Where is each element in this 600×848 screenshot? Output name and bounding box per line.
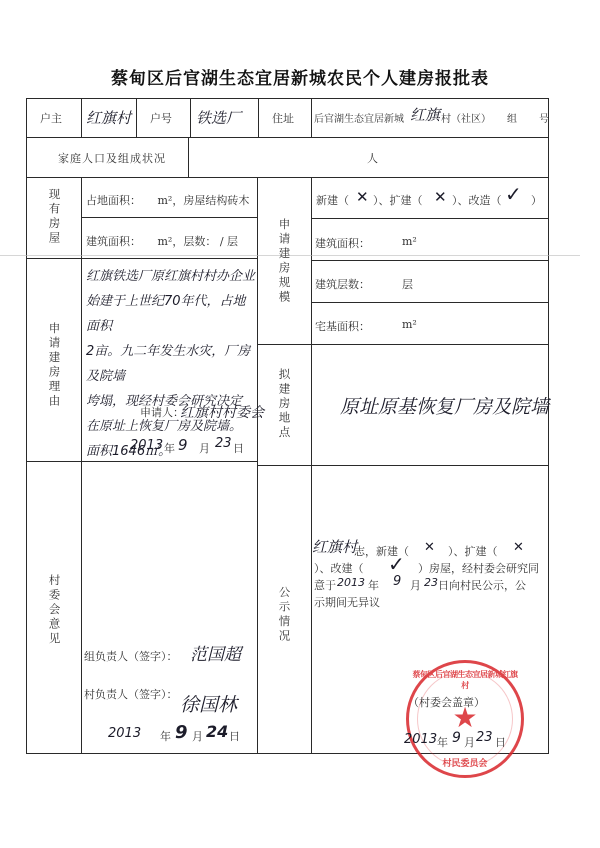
reason-handwritten: 红旗铁选厂原红旗村村办企业 始建于上世纪70年代，占地面积 2亩。九二年发生水灾… — [86, 264, 258, 464]
extend-build-mark: ✕ — [434, 188, 447, 206]
household-no-value: 铁选厂 — [196, 107, 241, 128]
publicity-month-label: 月 — [410, 577, 421, 593]
publicity-line3-prefix: 意于 — [314, 577, 336, 593]
reason-line: 红旗铁选厂原红旗村村办企业 — [86, 264, 258, 289]
publicity-date-month-label: 月 — [464, 734, 475, 750]
reason-month-label: 月 — [199, 440, 210, 456]
new-build-mark: ✕ — [356, 188, 369, 206]
publicity-day: 23 — [424, 576, 438, 589]
group-leader-sign: 范国超 — [190, 640, 241, 665]
grid-line — [26, 258, 258, 259]
village-opinion-label: 村委会意见 — [48, 574, 60, 647]
village-committee-seal: 蔡甸区后官湖生态宜居新城红旗村 ★ 村民委员会 — [406, 660, 524, 778]
existing-land-area: 占地面积： m²，房屋结构砖木 — [86, 192, 249, 208]
publicity-new-mark: ✕ — [424, 540, 435, 555]
opinion-date-day: 24 — [206, 722, 228, 741]
number-label: 号 — [539, 110, 549, 125]
grid-line — [81, 217, 258, 218]
location-label: 拟建房地点 — [278, 368, 290, 441]
location-value: 原址原基恢复厂房及院墙 — [340, 392, 549, 419]
publicity-month: 9 — [393, 574, 401, 589]
applicant-sign: 红旗村村委会 — [180, 402, 264, 422]
publicity-line2-prefix: ）、改建（ — [314, 560, 364, 576]
address-prefix: 后官湖生态宜居新城 — [314, 110, 404, 125]
existing-house-label: 现有房屋 — [48, 188, 60, 246]
new-build-label: 新建（ — [316, 192, 349, 208]
type-close: ） — [531, 192, 542, 208]
grid-line — [81, 177, 82, 754]
renovate-label: ）、改造（ — [452, 192, 502, 208]
reason-line: 始建于上世纪70年代，占地面积 — [86, 289, 258, 339]
scale-floors: 建筑层数： — [315, 276, 370, 292]
address-label: 住址 — [272, 110, 294, 126]
group-label: 组 — [507, 110, 517, 125]
grid-line — [548, 98, 549, 754]
family-label: 家庭人口及组成状况 — [58, 150, 166, 166]
reason-label: 申请建房理由 — [48, 322, 60, 409]
village-leader-sign: 徐国林 — [180, 690, 237, 717]
grid-line — [311, 98, 312, 137]
seal-label: （村委会盖章） — [408, 694, 485, 710]
publicity-line3-suffix: 日向村民公示，公 — [438, 577, 526, 593]
village-leader-label: 村负责人（签字）： — [84, 686, 178, 702]
grid-line — [26, 137, 549, 138]
publicity-year-label: 年 — [368, 577, 379, 593]
renovate-mark: ✓ — [505, 182, 522, 206]
scale-building-area: 建筑面积： — [315, 235, 370, 251]
publicity-date-month: 9 — [452, 730, 461, 746]
publicity-line1-mid: ）、扩建（ — [448, 543, 498, 559]
grid-line — [26, 98, 27, 754]
seal-ring-text: 蔡甸区后官湖生态宜居新城红旗村 — [409, 669, 521, 691]
grid-line — [311, 302, 549, 303]
grid-line — [311, 260, 549, 261]
publicity-line4: 示期间无异议 — [314, 594, 380, 610]
build-scale-label: 申请建房规模 — [278, 218, 290, 305]
publicity-year: 2013 — [337, 576, 365, 589]
publicity-applicant-sign: 红旗村 — [312, 536, 357, 557]
grid-line — [311, 218, 549, 219]
address-village-value: 红旗 — [410, 104, 440, 125]
grid-line — [188, 137, 189, 177]
grid-line — [26, 177, 549, 178]
publicity-date-year: 2013 — [404, 732, 437, 747]
owner-label: 户主 — [40, 110, 62, 126]
reason-day-label: 日 — [233, 440, 244, 456]
reason-year-label: 年 — [164, 440, 175, 456]
owner-value: 红旗村 — [86, 107, 131, 128]
grid-line — [136, 98, 137, 137]
grid-line — [26, 98, 549, 99]
reason-date-month: 9 — [178, 436, 188, 454]
group-leader-label: 组负责人（签字）： — [84, 648, 178, 664]
publicity-line2-suffix: ）房屋，经村委会研究同 — [418, 560, 539, 576]
grid-line — [257, 465, 549, 466]
seal-bottom-text: 村民委员会 — [409, 756, 521, 769]
opinion-date-month: 9 — [175, 722, 188, 743]
opinion-day-label: 日 — [229, 728, 240, 744]
applicant-label: 申请人： — [140, 404, 184, 420]
publicity-date-day: 23 — [476, 730, 493, 745]
scale-floors-unit: 层 — [402, 276, 413, 292]
scale-homestead-area-unit: m² — [402, 318, 417, 331]
reason-date-year: 2013 — [130, 438, 163, 453]
existing-building-area: 建筑面积： m²，层数： / 层 — [86, 233, 238, 249]
publicity-renov-mark: ✓ — [388, 552, 405, 576]
extend-build-label: ）、扩建（ — [373, 192, 423, 208]
opinion-date-year: 2013 — [108, 726, 141, 741]
scale-building-area-unit: m² — [402, 235, 417, 248]
family-unit: 人 — [367, 150, 378, 166]
grid-line — [257, 344, 549, 345]
publicity-label: 公示情况 — [278, 586, 290, 644]
opinion-month-label: 月 — [192, 728, 203, 744]
address-suffix: 村（社区） — [441, 110, 491, 125]
opinion-year-label: 年 — [160, 728, 171, 744]
publicity-date-year-label: 年 — [437, 734, 448, 750]
grid-line — [190, 98, 191, 137]
form-title: 蔡甸区后官湖生态宜居新城农民个人建房报批表 — [0, 64, 600, 89]
grid-line — [258, 98, 259, 137]
household-no-label: 户号 — [150, 110, 172, 126]
publicity-date-day-label: 日 — [495, 734, 506, 750]
reason-date-day: 23 — [215, 436, 232, 451]
grid-line — [81, 98, 82, 137]
scale-homestead-area: 宅基面积： — [315, 318, 370, 334]
reason-line: 2亩。九二年发生水灾，厂房及院墙 — [86, 339, 258, 389]
publicity-ext-mark: ✕ — [513, 540, 524, 555]
